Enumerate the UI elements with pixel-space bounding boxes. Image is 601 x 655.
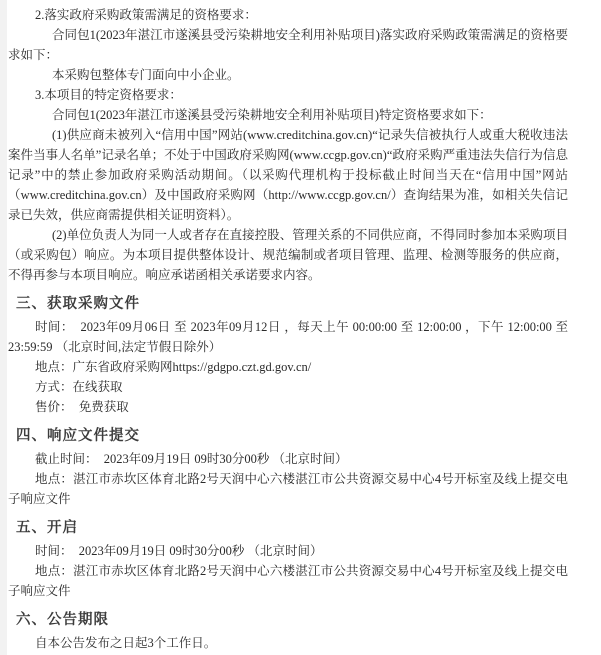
- procurement-announcement-body: 2.落实政府采购政策需满足的资格要求： 合同包1(2023年湛江市遂溪县受污染耕…: [8, 0, 568, 653]
- announcement-period-text: 自本公告发布之日起3个工作日。: [8, 633, 568, 653]
- submission-location: 地点：湛江市赤坎区体育北路2号天润中心六楼湛江市公共资源交易中心4号开标室及线上…: [8, 469, 568, 509]
- opening-time: 时间： 2023年09月19日 09时30分00秒 （北京时间）: [8, 541, 568, 561]
- section-opening-heading: 五、开启: [16, 517, 568, 539]
- policy-qualification-item: 2.落实政府采购政策需满足的资格要求：: [8, 5, 568, 25]
- section-response-submission-heading: 四、响应文件提交: [16, 425, 568, 447]
- page-left-edge: [0, 0, 7, 655]
- obtain-price: 售价： 免费获取: [8, 397, 568, 417]
- policy-qualification-detail: 合同包1(2023年湛江市遂溪县受污染耕地安全利用补贴项目)落实政府采购政策需满…: [8, 25, 568, 65]
- obtain-location: 地点：广东省政府采购网https://gdgpo.czt.gd.gov.cn/: [8, 357, 568, 377]
- opening-location: 地点：湛江市赤坎区体育北路2号天润中心六楼湛江市公共资源交易中心4号开标室及线上…: [8, 561, 568, 601]
- specific-qualification-item: 3.本项目的特定资格要求：: [8, 85, 568, 105]
- credit-china-clause: (1)供应商未被列入“信用中国”网站(www.creditchina.gov.c…: [8, 125, 568, 225]
- submission-deadline: 截止时间： 2023年09月19日 09时30分00秒 （北京时间）: [8, 449, 568, 469]
- obtain-method: 方式：在线获取: [8, 377, 568, 397]
- section-obtain-documents-heading: 三、获取采购文件: [16, 293, 568, 315]
- section-announcement-period-heading: 六、公告期限: [16, 609, 568, 631]
- sme-note: 本采购包整体专门面向中小企业。: [8, 65, 568, 85]
- obtain-time: 时间： 2023年09月06日 至 2023年09月12日 ，每天上午 00:0…: [8, 317, 568, 357]
- specific-qualification-detail: 合同包1(2023年湛江市遂溪县受污染耕地安全利用补贴项目)特定资格要求如下：: [8, 105, 568, 125]
- same-responsible-person-clause: (2)单位负责人为同一人或者存在直接控股、管理关系的不同供应商，不得同时参加本采…: [8, 225, 568, 285]
